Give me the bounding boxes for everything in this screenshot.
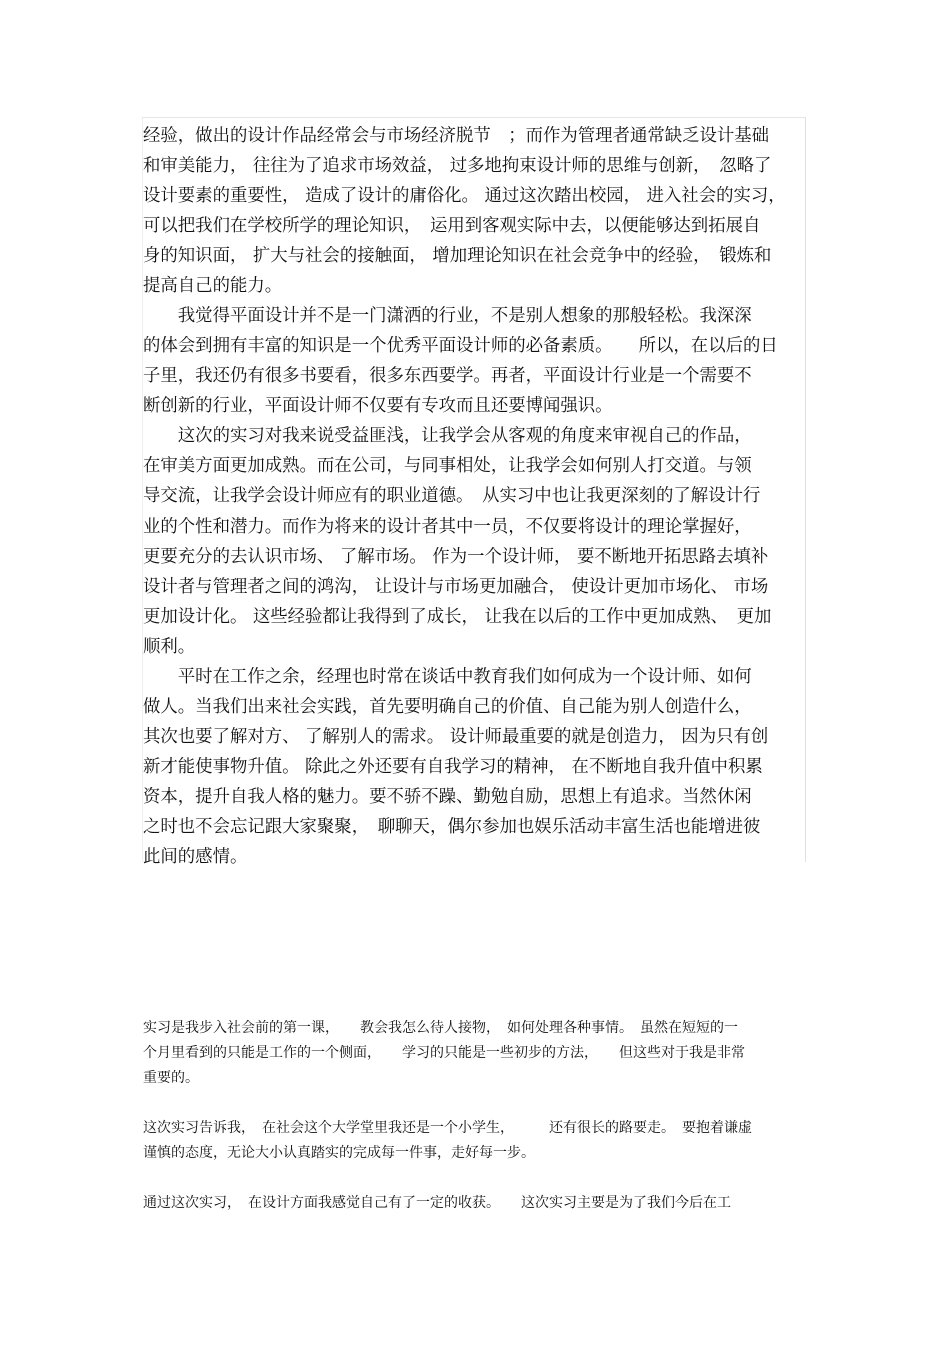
text-line: 业的个性和潜力。而作为将来的设计者其中一员，不仅要将设计的理论掌握好， xyxy=(143,512,752,542)
text-line: 断创新的行业，平面设计师不仅要有专攻而且还要博闻强识。 xyxy=(143,391,613,421)
text-line: 身的知识面， 扩大与社会的接触面， 增加理论知识在社会竞争中的经验， 锻炼和 xyxy=(143,241,771,271)
text-line: 实习是我步入社会前的第一课， 教会我怎么待人接物， 如何处理各种事情。 虽然在短… xyxy=(143,1016,738,1041)
text-line: 其次也要了解对方、 了解别人的需求。 设计师最重要的就是创造力， 因为只有创 xyxy=(143,722,768,752)
text-line: 平时在工作之余，经理也时常在谈话中教育我们如何成为一个设计师、如何 xyxy=(143,662,752,692)
text-line: 资本，提升自我人格的魅力。要不骄不躁、勤勉自励，思想上有追求。当然休闲 xyxy=(143,782,752,812)
text-line: 之时也不会忘记跟大家聚聚， 聊聊天，偶尔参加也娱乐活动丰富生活也能增进彼 xyxy=(143,812,760,842)
text-line: 的体会到拥有丰富的知识是一个优秀平面设计师的必备素质。 所以，在以后的日 xyxy=(143,331,778,361)
text-line: 更加设计化。 这些经验都让我得到了成长， 让我在以后的工作中更加成熟、 更加 xyxy=(143,602,771,632)
text-line: 顺利。 xyxy=(143,632,195,662)
text-line: 我觉得平面设计并不是一门潇洒的行业，不是别人想象的那般轻松。我深深 xyxy=(143,301,752,331)
text-line: 在审美方面更加成熟。而在公司，与同事相处，让我学会如何别人打交道。与领 xyxy=(143,451,752,481)
text-line: 这次实习告诉我， 在社会这个大学堂里我还是一个小学生， 还有很长的路要走。 要抱… xyxy=(143,1116,752,1141)
text-line: 谨慎的态度，无论大小认真踏实的完成每一件事，走好每一步。 xyxy=(143,1141,535,1166)
text-line: 新才能使事物升值。 除此之外还要有自我学习的精神， 在不断地自我升值中积累 xyxy=(143,752,763,782)
text-line: 此间的感情。 xyxy=(143,842,247,872)
text-line: 和审美能力， 往往为了追求市场效益， 过多地拘束设计师的思维与创新， 忽略了 xyxy=(143,151,771,181)
text-line: 更要充分的去认识市场、 了解市场。 作为一个设计师， 要不断地开拓思路去填补 xyxy=(143,542,768,572)
text-line: 做人。当我们出来社会实践，首先要明确自己的价值、自己能为别人创造什么， xyxy=(143,692,752,722)
text-line: 设计者与管理者之间的鸿沟， 让设计与市场更加融合， 使设计更加市场化、 市场 xyxy=(143,572,768,602)
text-line: 个月里看到的只能是工作的一个侧面， 学习的只能是一些初步的方法， 但这些对于我是… xyxy=(143,1041,745,1066)
text-line: 提高自己的能力。 xyxy=(143,271,282,301)
text-line: 通过这次实习， 在设计方面我感觉自己有了一定的收获。 这次实习主要是为了我们今后… xyxy=(143,1191,731,1216)
text-line: 重要的。 xyxy=(143,1066,199,1091)
text-line: 可以把我们在学校所学的理论知识， 运用到客观实际中去，以便能够达到拓展自 xyxy=(143,211,760,241)
text-line: 经验，做出的设计作品经常会与市场经济脱节 ；而作为管理者通常缺乏设计基础 xyxy=(143,121,769,151)
text-line: 这次的实习对我来说受益匪浅，让我学会从客观的角度来审视自己的作品， xyxy=(143,421,752,451)
document-page: 经验，做出的设计作品经常会与市场经济脱节 ；而作为管理者通常缺乏设计基础 和审美… xyxy=(0,0,950,1345)
text-line: 子里，我还仍有很多书要看，很多东西要学。再者，平面设计行业是一个需要不 xyxy=(143,361,752,391)
text-line: 设计要素的重要性， 造成了设计的庸俗化。 通过这次踏出校园， 进入社会的实习， xyxy=(143,181,786,211)
text-line: 导交流，让我学会设计师应有的职业道德。 从实习中也让我更深刻的了解设计行 xyxy=(143,481,760,511)
